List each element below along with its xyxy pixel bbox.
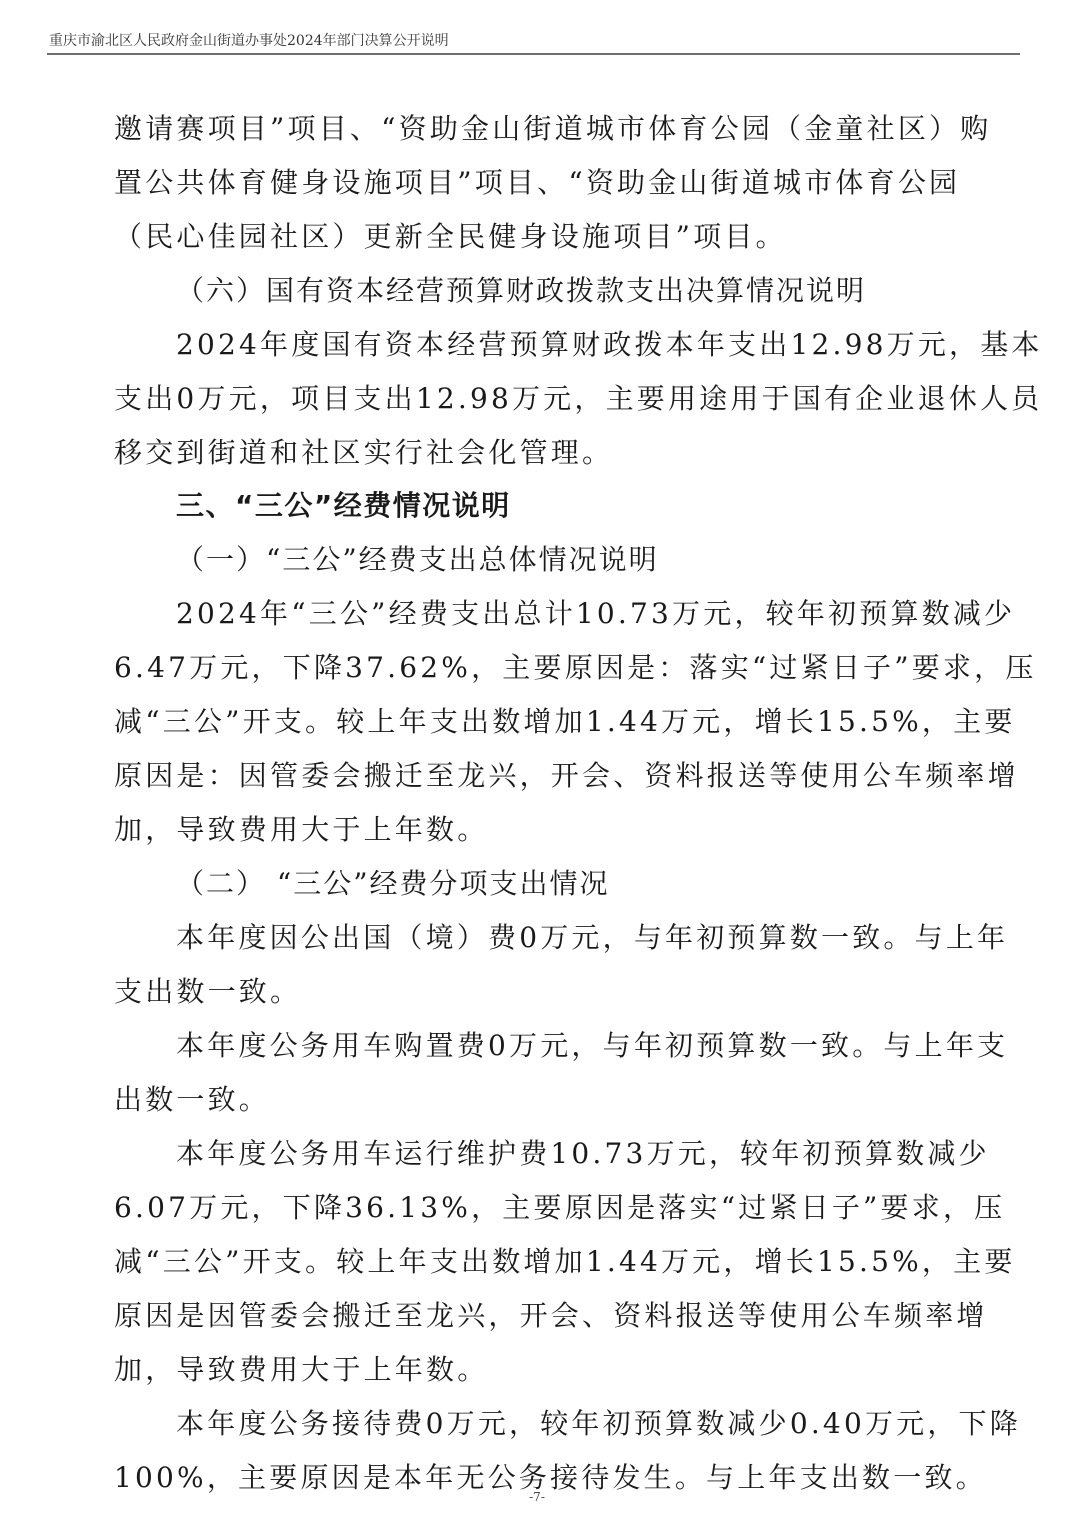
paragraph-line: 出数一致。: [114, 1083, 270, 1117]
paragraph-line: 6.07万元，下降36.13%，主要原因是落实“过紧日子”要求，压: [114, 1191, 1005, 1225]
section-heading: 三、“三公”经费情况说明: [176, 489, 511, 523]
paragraph-line: 本年度公务用车运行维护费10.73万元，较年初预算数减少: [176, 1137, 990, 1171]
paragraph-line: （民心佳园社区）更新全民健身设施项目”项目。: [114, 220, 787, 254]
paragraph-line: 本年度公务接待费0万元，较年初预算数减少0.40万元，下降: [176, 1407, 1021, 1441]
running-header: 重庆市渝北区人民政府金山街道办事处2024年部门决算公开说明: [49, 30, 449, 50]
paragraph-line: 支出数一致。: [114, 975, 301, 1009]
paragraph-line: 减“三公”开支。较上年支出数增加1.44万元，增长15.5%，主要: [114, 1245, 1016, 1279]
subsection-heading: （一）“三公”经费支出总体情况说明: [176, 543, 659, 577]
paragraph-line: 置公共体育健身设施项目”项目、“资助金山街道城市体育公园: [114, 166, 960, 200]
paragraph-line: 加，导致费用大于上年数。: [114, 813, 488, 847]
subsection-heading: （二） “三公”经费分项支出情况: [176, 867, 610, 901]
paragraph-line: 2024年“三公”经费支出总计10.73万元，较年初预算数减少: [176, 597, 1015, 631]
paragraph-line: 邀请赛项目”项目、“资助金山街道城市体育公园（金童社区）购: [114, 112, 991, 146]
paragraph-line: 本年度因公出国（境）费0万元，与年初预算数一致。与上年: [176, 921, 1008, 955]
paragraph-line: 6.47万元，下降37.62%，主要原因是：落实“过紧日子”要求，压: [114, 651, 1037, 685]
subsection-heading: （六）国有资本经营预算财政拨款支出决算情况说明: [176, 274, 866, 308]
paragraph-line: 减“三公”开支。较上年支出数增加1.44万元，增长15.5%，主要: [114, 705, 1016, 739]
page-number: -7-: [0, 1490, 1074, 1504]
paragraph-line: 移交到街道和社区实行社会化管理。: [114, 436, 613, 470]
paragraph-line: 2024年度国有资本经营预算财政拨本年支出12.98万元，基本: [176, 328, 1043, 362]
paragraph-line: 本年度公务用车购置费0万元，与年初预算数一致。与上年支: [176, 1029, 1008, 1063]
paragraph-line: 支出0万元，项目支出12.98万元，主要用途用于国有企业退休人员: [114, 382, 1042, 416]
paragraph-line: 原因是：因管委会搬迁至龙兴，开会、资料报送等使用公车频率增: [114, 759, 1019, 793]
paragraph-line: 原因是因管委会搬迁至龙兴，开会、资料报送等使用公车频率增: [114, 1299, 988, 1333]
header-divider: [47, 53, 1020, 55]
paragraph-line: 加，导致费用大于上年数。: [114, 1353, 488, 1387]
